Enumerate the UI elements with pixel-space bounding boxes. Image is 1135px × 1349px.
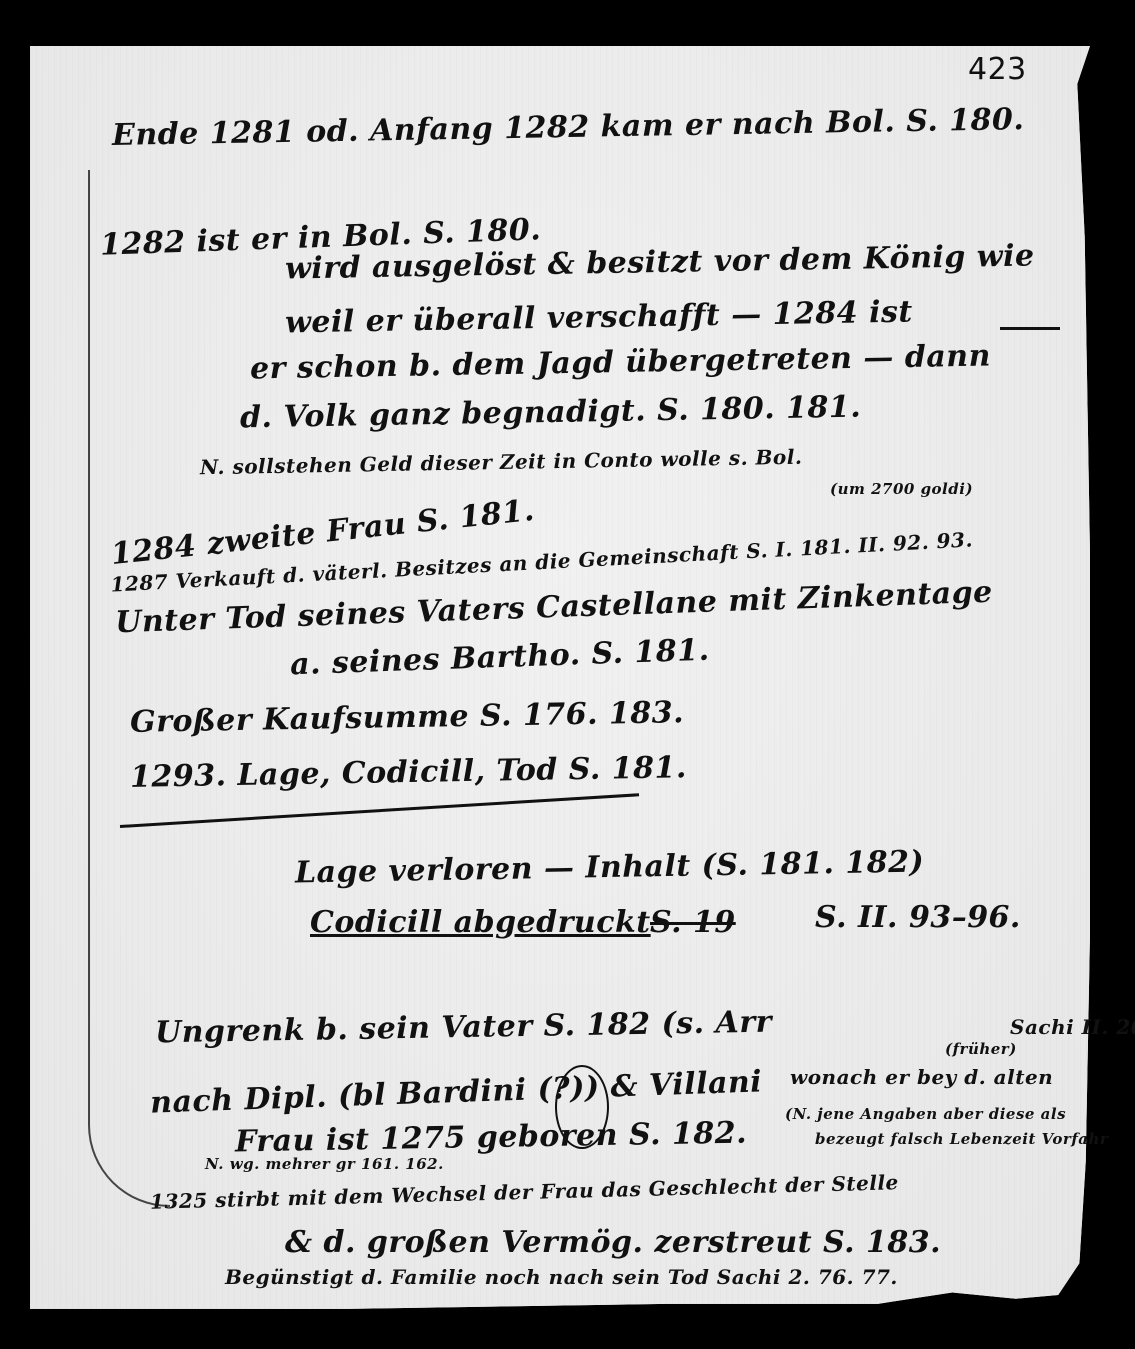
margin-note: (N. jene Angaben aber diese als: [785, 1105, 1066, 1123]
text-line: Begünstigt d. Familie noch nach sein Tod…: [225, 1265, 898, 1289]
interlinear-note: N. wg. mehrer gr 161. 162.: [205, 1155, 444, 1173]
margin-bracket-line: [88, 170, 170, 1207]
underline-rule: [1000, 327, 1060, 330]
annotation-bracketed: (um 2700 goldi): [830, 480, 973, 498]
margin-note: wonach er bey d. alten: [790, 1065, 1053, 1089]
text-line-underlined: Codicill abgedruckt: [310, 905, 651, 940]
folio-number: 423: [968, 52, 1027, 87]
struck-through-text: S. 19: [650, 905, 736, 940]
reference-note: Sachi II. 203: [1010, 1015, 1135, 1039]
margin-note: bezeugt falsch Lebenzeit Vorfahr: [815, 1130, 1108, 1148]
interlinear-note: (früher): [945, 1040, 1017, 1058]
text-line: & d. großen Vermög. zerstreut S. 183.: [285, 1225, 941, 1260]
text-line: S. II. 93–96.: [815, 900, 1021, 935]
